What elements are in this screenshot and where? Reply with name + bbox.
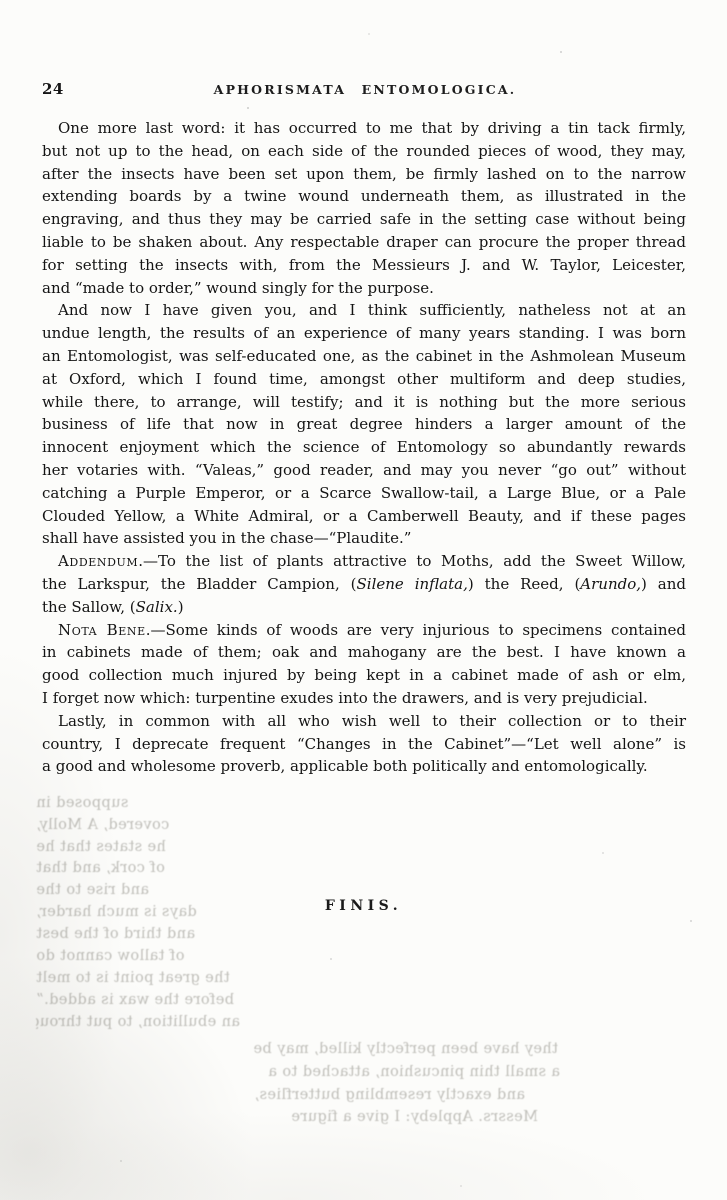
text-segment: ) the Reed, ( <box>468 575 580 593</box>
text-line: country, I deprecate frequent “Changes i… <box>42 733 686 756</box>
text-line: for setting the insects with, from the M… <box>42 254 686 277</box>
text-line: a good and wholesome proverb, applicable… <box>42 755 686 778</box>
text-line: I forget now which: turpentine exudes in… <box>42 687 686 710</box>
text-segment: the Sallow, ( <box>42 598 136 616</box>
text-segment: Addendum <box>58 552 138 570</box>
text-segment: Nota Bene <box>58 621 146 639</box>
text-line: the Larkspur, the Bladder Campion, (Sile… <box>42 573 686 596</box>
bleed-through-line: before the wax is added.” <box>36 990 234 1010</box>
text-line: business of life that now in great degre… <box>42 413 686 436</box>
text-segment: liable to be shaken about. Any respectab… <box>42 233 686 251</box>
text-line: Addendum.—To the list of plants attracti… <box>42 550 686 573</box>
text-segment: an Entomologist, was self-educated one, … <box>42 347 686 365</box>
text-line: engraving, and thus they may be carried … <box>42 208 686 231</box>
text-line: Lastly, in common with all who wish well… <box>42 710 686 733</box>
text-segment: after the insects have been set upon the… <box>42 165 686 183</box>
bleed-through-line: of tallow cannot do <box>36 946 208 966</box>
bleed-through-line: supposed in <box>36 793 186 813</box>
text-segment: catching a Purple Emperor, or a Scarce S… <box>42 484 686 502</box>
text-segment: I forget now which: turpentine exudes in… <box>42 689 648 707</box>
body-text: One more last word: it has occurred to m… <box>42 117 686 778</box>
text-segment: while there, to arrange, will testify; a… <box>42 393 686 411</box>
text-segment: business of life that now in great degre… <box>42 415 686 433</box>
text-segment: .—Some kinds of woods are very injurious… <box>146 621 686 639</box>
page-header: 24 APHORISMATA ENTOMOLOGICA. <box>42 80 688 100</box>
text-line: good collection much injured by being ke… <box>42 664 686 687</box>
bleed-through-line: Messrs. Appleby: I give a figure <box>150 1107 538 1127</box>
text-segment: Silene inflata, <box>357 575 468 593</box>
text-line: while there, to arrange, will testify; a… <box>42 391 686 414</box>
text-segment: .—To the list of plants attractive to Mo… <box>138 552 686 570</box>
text-line: innocent enjoyment which the science of … <box>42 436 686 459</box>
bleed-through-line: and rise to the <box>36 880 186 900</box>
text-segment: Arundo, <box>580 575 641 593</box>
text-line: Nota Bene.—Some kinds of woods are very … <box>42 619 686 642</box>
text-segment: And now I have given you, and I think su… <box>58 301 686 319</box>
text-segment: her votaries with. “Valeas,” good reader… <box>42 461 686 479</box>
text-line: after the insects have been set upon the… <box>42 163 686 186</box>
text-segment: shall have assisted you in the chase—“Pl… <box>42 529 411 547</box>
text-segment: innocent enjoyment which the science of … <box>42 438 686 456</box>
text-line: but not up to the head, on each side of … <box>42 140 686 163</box>
text-segment: extending boards by a twine wound undern… <box>42 187 686 205</box>
bleed-through-line: covered, A Molly, <box>36 815 188 835</box>
text-segment: a good and wholesome proverb, applicable… <box>42 757 648 775</box>
text-line: the Sallow, (Salix.) <box>42 596 686 619</box>
text-segment: but not up to the head, on each side of … <box>42 142 686 160</box>
text-line: Clouded Yellow, a White Admiral, or a Ca… <box>42 505 686 528</box>
text-segment: One more last word: it has occurred to m… <box>58 119 686 137</box>
text-line: shall have assisted you in the chase—“Pl… <box>42 527 686 550</box>
running-title: APHORISMATA ENTOMOLOGICA. <box>42 82 688 97</box>
text-segment: Salix. <box>136 598 178 616</box>
text-segment: the Larkspur, the Bladder Campion, ( <box>42 575 357 593</box>
bleed-through-line: a small thin pincushion, attached to a <box>60 1062 560 1082</box>
text-segment: Clouded Yellow, a White Admiral, or a Ca… <box>42 507 686 525</box>
text-line: catching a Purple Emperor, or a Scarce S… <box>42 482 686 505</box>
text-line: One more last word: it has occurred to m… <box>42 117 686 140</box>
text-line: liable to be shaken about. Any respectab… <box>42 231 686 254</box>
bleed-through-line: they have been perfectly killed, may be <box>60 1039 558 1059</box>
text-line: an Entomologist, was self-educated one, … <box>42 345 686 368</box>
finis-label: FINIS. <box>0 898 727 914</box>
text-segment: at Oxford, which I found time, amongst o… <box>42 370 686 388</box>
text-segment: for setting the insects with, from the M… <box>42 256 686 274</box>
text-segment: good collection much injured by being ke… <box>42 666 686 684</box>
bleed-through-line: he states that he <box>36 837 188 857</box>
text-segment: Lastly, in common with all who wish well… <box>58 712 686 730</box>
bleed-through-line: and third of the best <box>36 924 208 944</box>
text-line: and “made to order,” wound singly for th… <box>42 277 686 300</box>
bleed-through-line: and exactly resembling butterflies, <box>125 1085 525 1105</box>
text-segment: undue length, the results of an experien… <box>42 324 686 342</box>
bleed-through-line: of cork, and that <box>36 858 192 878</box>
paper-specks <box>0 0 2 2</box>
book-page-scan: 24 APHORISMATA ENTOMOLOGICA. One more la… <box>0 0 727 1200</box>
text-line: her votaries with. “Valeas,” good reader… <box>42 459 686 482</box>
text-line: And now I have given you, and I think su… <box>42 299 686 322</box>
text-line: in cabinets made of them; oak and mahoga… <box>42 641 686 664</box>
text-segment: country, I deprecate frequent “Changes i… <box>42 735 686 753</box>
text-segment: and “made to order,” wound singly for th… <box>42 279 434 297</box>
text-line: at Oxford, which I found time, amongst o… <box>42 368 686 391</box>
text-segment: in cabinets made of them; oak and mahoga… <box>42 643 686 661</box>
text-segment: engraving, and thus they may be carried … <box>42 210 686 228</box>
text-segment: ) <box>178 598 184 616</box>
text-segment: ) and <box>641 575 686 593</box>
text-line: undue length, the results of an experien… <box>42 322 686 345</box>
text-line: extending boards by a twine wound undern… <box>42 185 686 208</box>
bleed-through-line: an ebullition, to put through <box>36 1012 240 1032</box>
bleed-through-line: the great point is to melt <box>36 968 240 988</box>
